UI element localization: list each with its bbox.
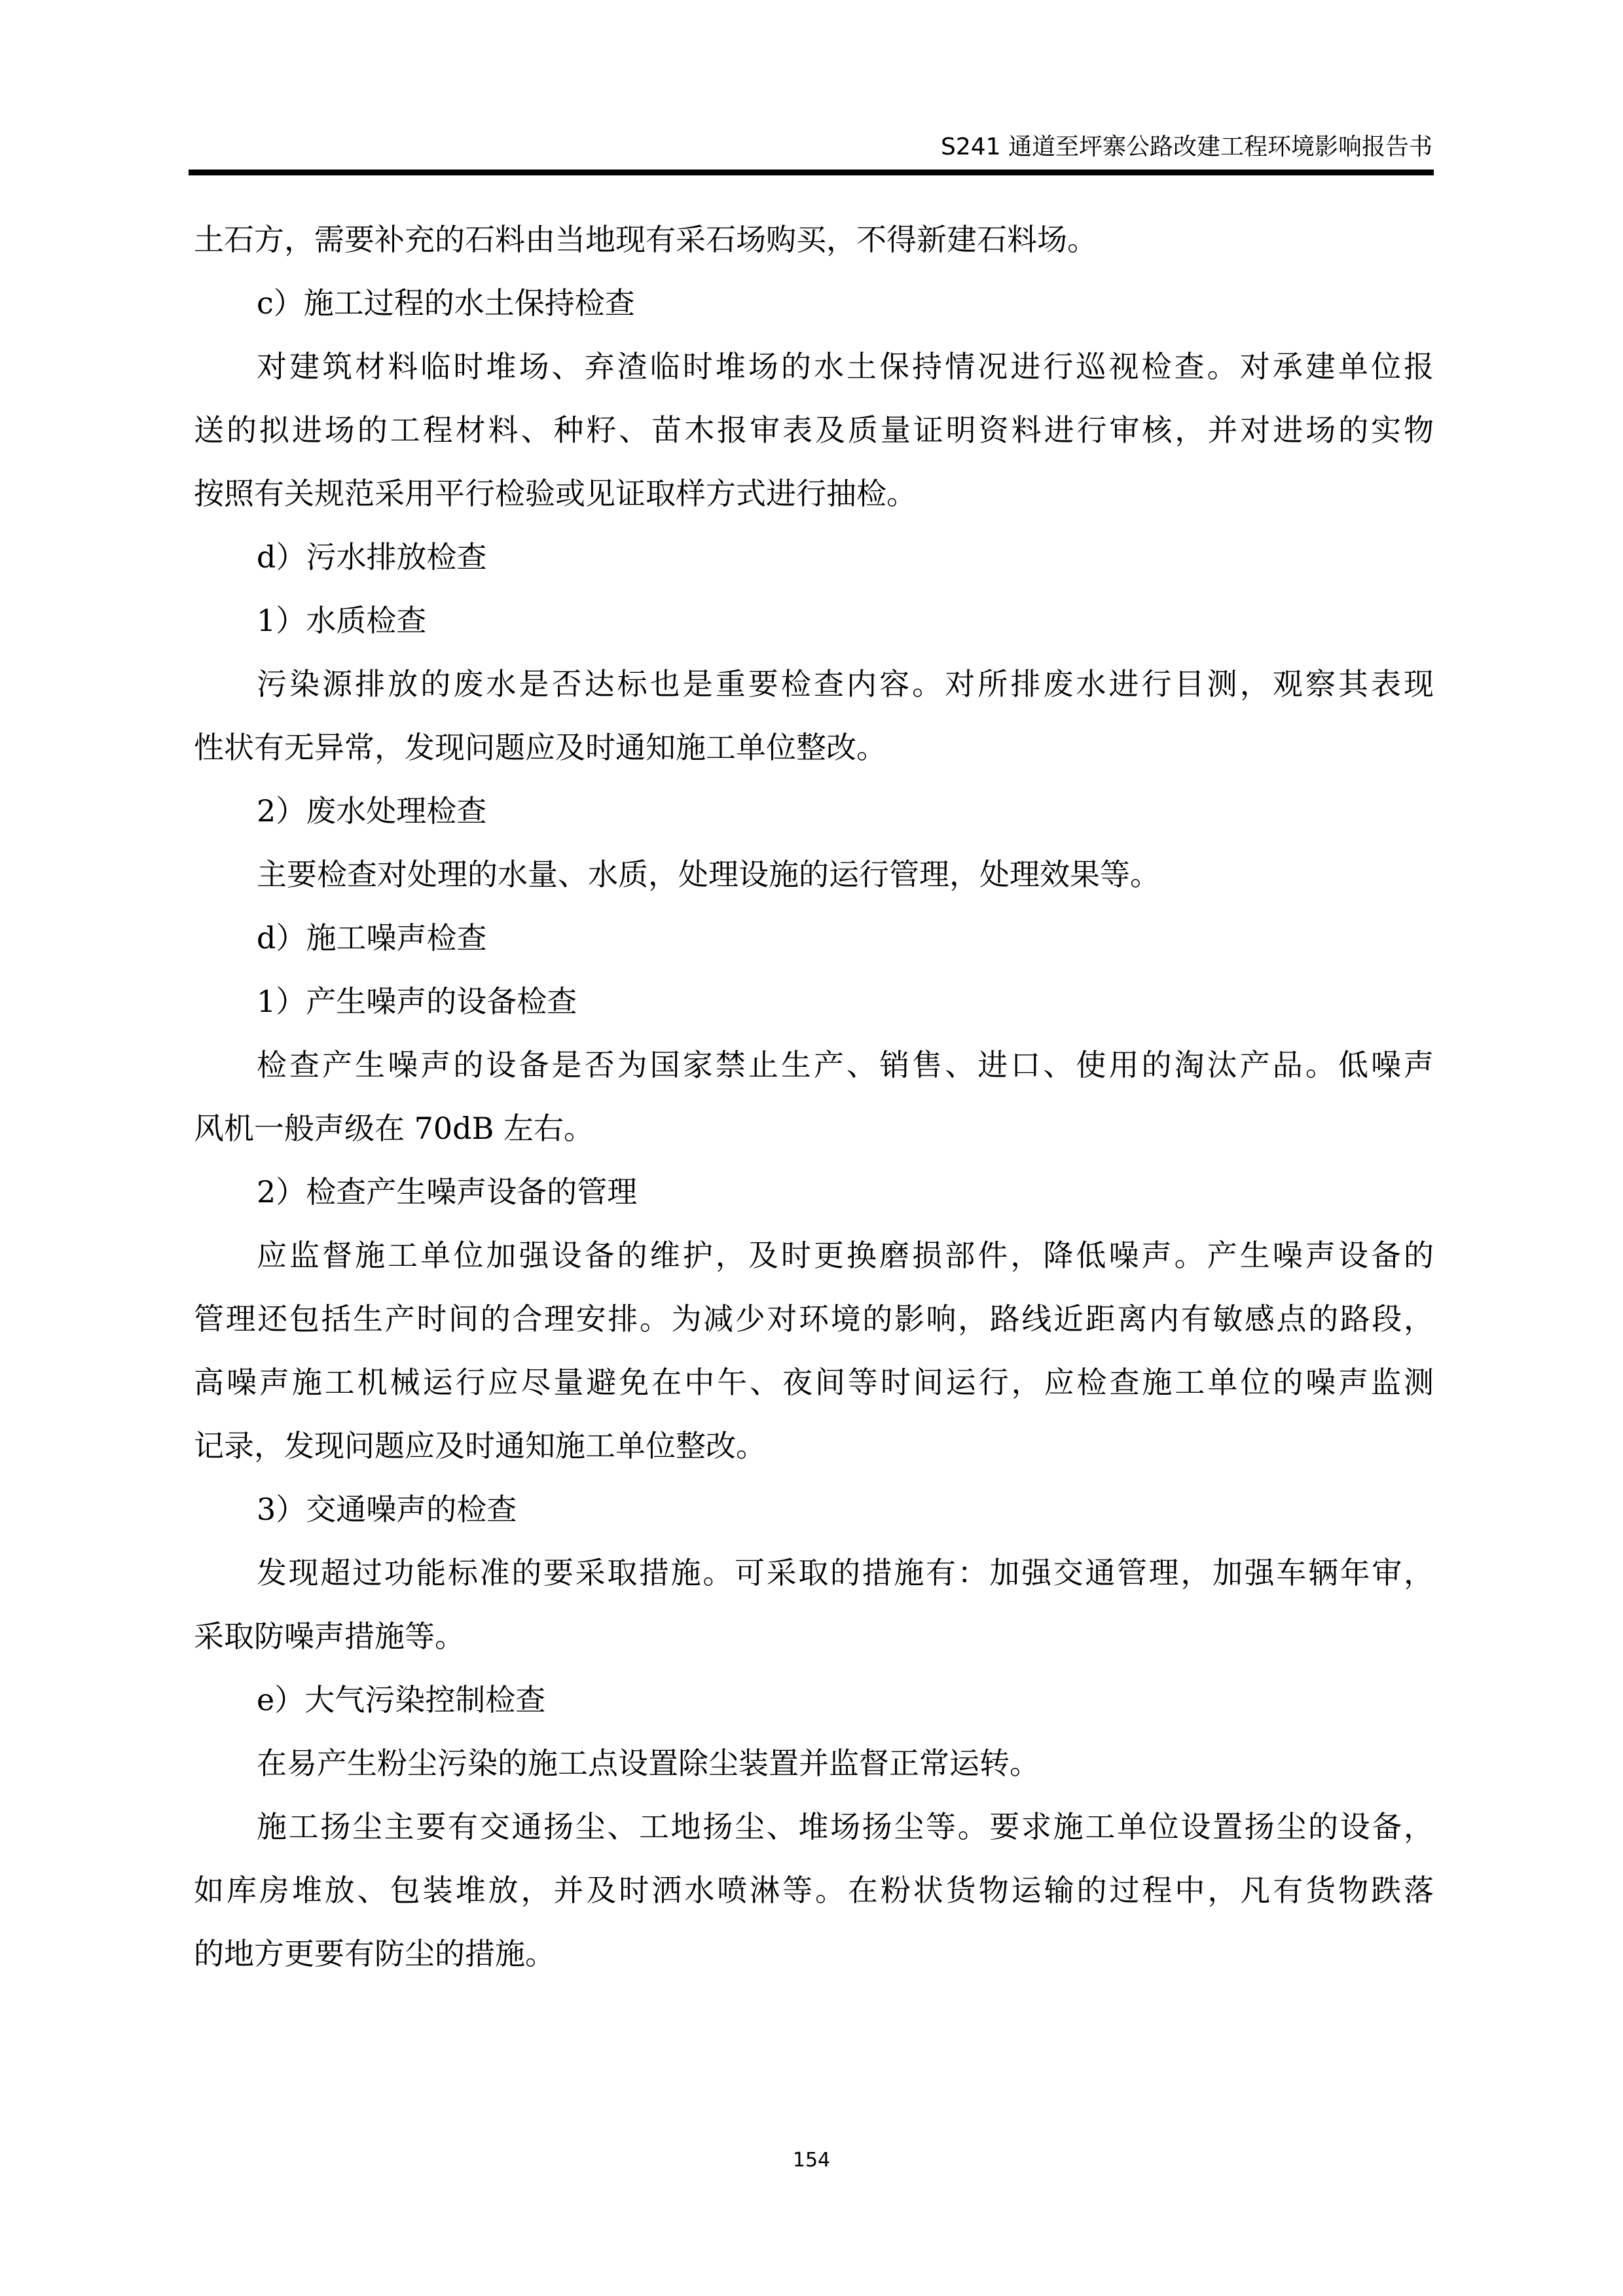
text-line: 记录，发现问题应及时通知施工单位整改。 <box>194 1414 1434 1478</box>
section-heading: d）施工噪声检查 <box>194 906 1434 970</box>
text-line: 的地方更要有防尘的措施。 <box>194 1922 1434 1986</box>
section-heading: d）污水排放检查 <box>194 526 1434 589</box>
text-line: 送的拟进场的工程材料、种籽、苗木报审表及质量证明资料进行审核，并对进场的实物 <box>194 399 1434 462</box>
text-line: 风机一般声级在 70dB 左右。 <box>194 1097 1434 1160</box>
subsection-heading: 2）检查产生噪声设备的管理 <box>194 1160 1434 1224</box>
section-heading: c）施工过程的水土保持检查 <box>194 272 1434 335</box>
text-line: 性状有无异常，发现问题应及时通知施工单位整改。 <box>194 716 1434 780</box>
text-line: 按照有关规范采用平行检验或见证取样方式进行抽检。 <box>194 462 1434 526</box>
text-line: 发现超过功能标准的要采取措施。可采取的措施有：加强交通管理，加强车辆年审， <box>194 1541 1434 1605</box>
text-line: 对建筑材料临时堆场、弃渣临时堆场的水土保持情况进行巡视检查。对承建单位报 <box>194 335 1434 399</box>
text-line: 如库房堆放、包装堆放，并及时洒水喷淋等。在粉状货物运输的过程中，凡有货物跌落 <box>194 1859 1434 1922</box>
section-heading: e）大气污染控制检查 <box>194 1668 1434 1732</box>
text-line: 土石方，需要补充的石料由当地现有采石场购买，不得新建石料场。 <box>194 208 1434 272</box>
subsection-heading: 3）交通噪声的检查 <box>194 1478 1434 1541</box>
text-line: 检查产生噪声的设备是否为国家禁止生产、销售、进口、使用的淘汰产品。低噪声 <box>194 1033 1434 1097</box>
page-number: 154 <box>0 2149 1623 2172</box>
text-line: 高噪声施工机械运行应尽量避免在中午、夜间等时间运行，应检查施工单位的噪声监测 <box>194 1351 1434 1414</box>
text-line: 采取防噪声措施等。 <box>194 1605 1434 1668</box>
text-line: 施工扬尘主要有交通扬尘、工地扬尘、堆场扬尘等。要求施工单位设置扬尘的设备， <box>194 1795 1434 1859</box>
text-line: 管理还包括生产时间的合理安排。为减少对环境的影响，路线近距离内有敏感点的路段， <box>194 1287 1434 1351</box>
text-line: 主要检查对处理的水量、水质，处理设施的运行管理，处理效果等。 <box>194 843 1434 906</box>
body-text: 土石方，需要补充的石料由当地现有采石场购买，不得新建石料场。 c）施工过程的水土… <box>194 208 1434 1986</box>
subsection-heading: 1）产生噪声的设备检查 <box>194 970 1434 1033</box>
page-header: S241 通道至坪寨公路改建工程环境影响报告书 <box>189 98 1434 175</box>
text-line: 在易产生粉尘污染的施工点设置除尘装置并监督正常运转。 <box>194 1732 1434 1795</box>
document-title: S241 通道至坪寨公路改建工程环境影响报告书 <box>941 128 1432 162</box>
subsection-heading: 1）水质检查 <box>194 589 1434 653</box>
text-line: 应监督施工单位加强设备的维护，及时更换磨损部件，降低噪声。产生噪声设备的 <box>194 1224 1434 1287</box>
text-line: 污染源排放的废水是否达标也是重要检查内容。对所排废水进行目测，观察其表现 <box>194 653 1434 716</box>
subsection-heading: 2）废水处理检查 <box>194 780 1434 843</box>
